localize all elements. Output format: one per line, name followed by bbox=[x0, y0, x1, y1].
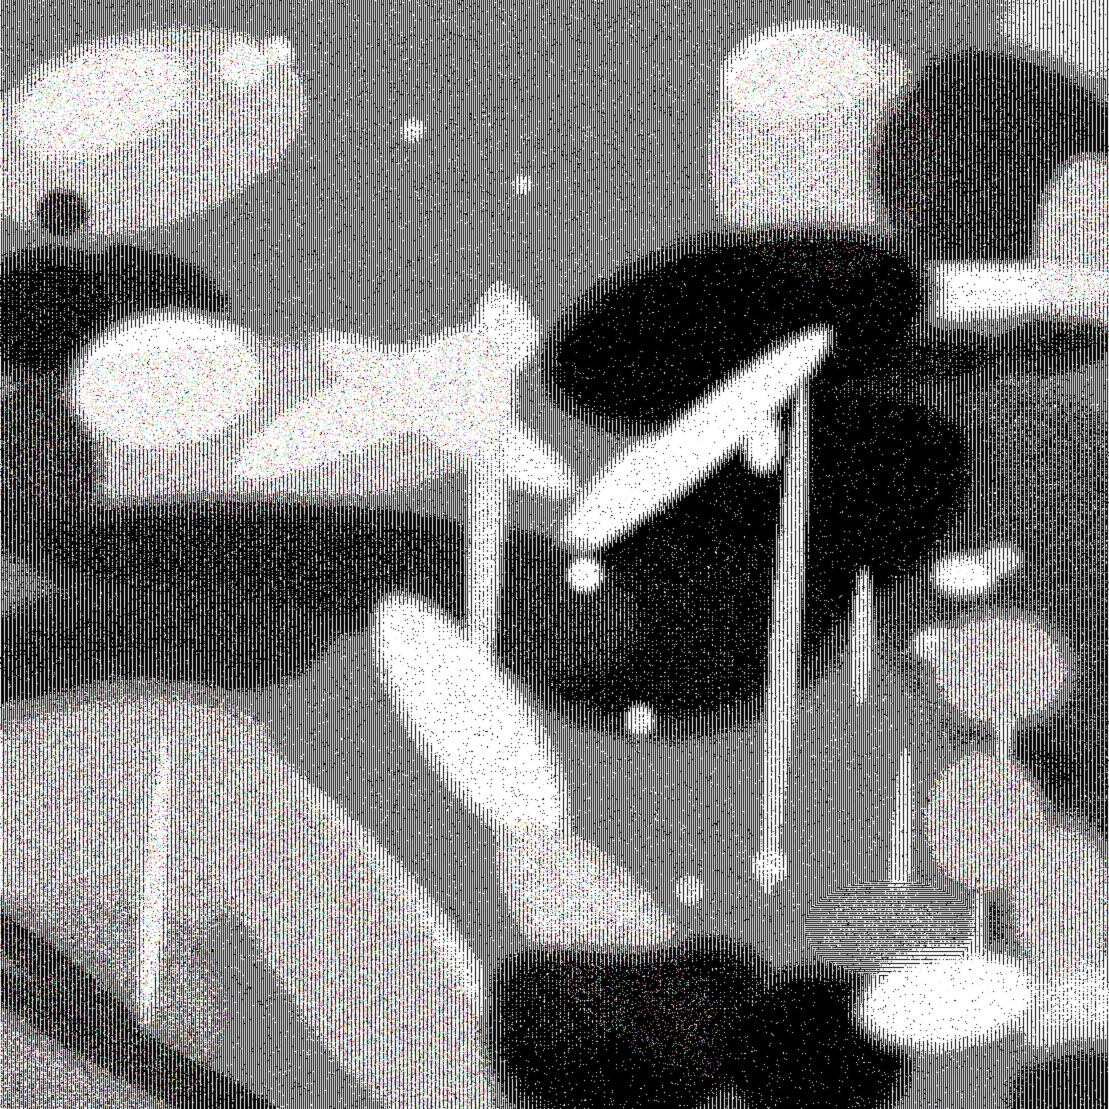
dithered-photo bbox=[0, 0, 1109, 1109]
dithered-photo-canvas bbox=[0, 0, 1109, 1109]
